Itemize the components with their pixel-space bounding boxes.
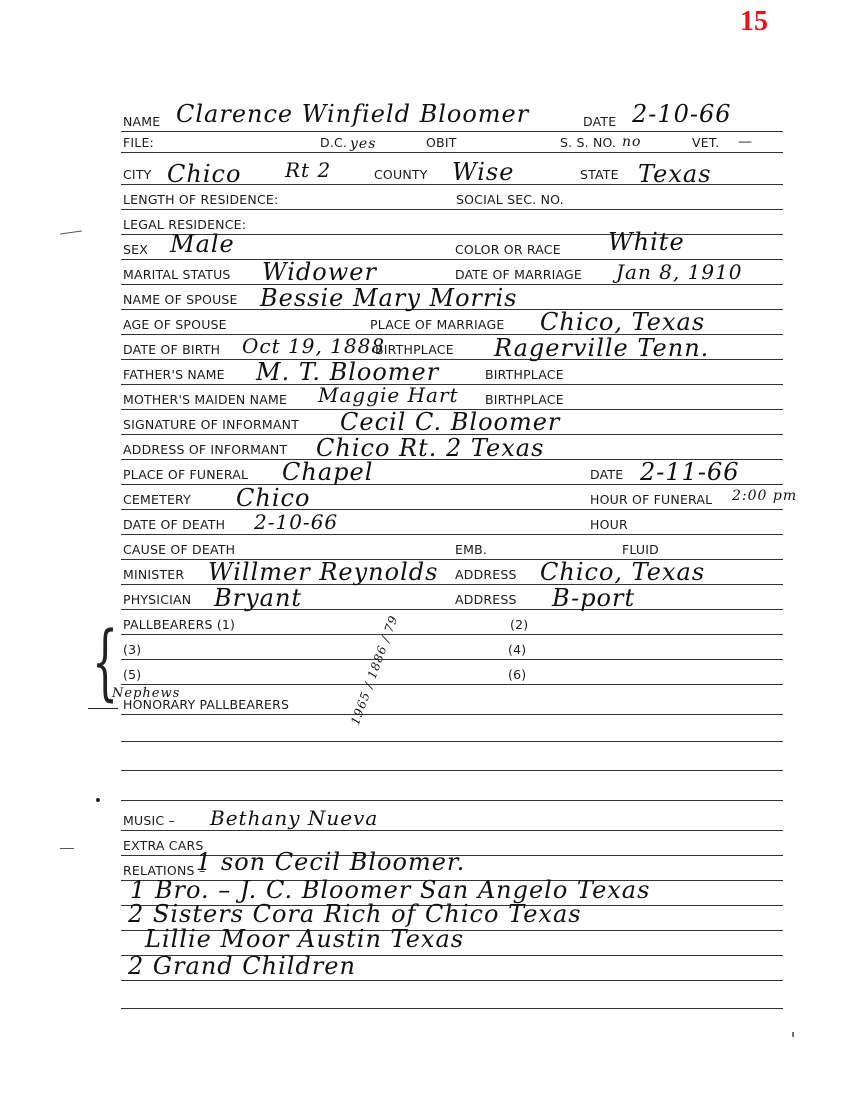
handwritten-value-relations: 1 son Cecil Bloomer.	[196, 848, 465, 876]
field-label-vet: VET.	[692, 135, 719, 150]
funeral-record-form: NAMEClarence Winfield BloomerDATE2-10-66…	[0, 0, 850, 1100]
handwritten-value-date-of-death: 2-10-66	[254, 510, 338, 534]
field-label-pallbearers-1: PALLBEARERS (1)	[123, 617, 235, 632]
handwritten-value-cemetery: Chico	[236, 484, 310, 512]
handwritten-value-music: Bethany Nueva	[210, 806, 378, 830]
field-label-birthplace: BIRTHPLACE	[485, 367, 564, 382]
handwritten-value-address: B-port	[552, 584, 635, 612]
form-line	[121, 770, 783, 771]
field-label-place-of-funeral: PLACE OF FUNERAL	[123, 467, 248, 482]
field-label-4: (4)	[508, 642, 526, 657]
field-label-age-of-spouse: AGE OF SPOUSE	[123, 317, 227, 332]
form-line	[121, 684, 783, 685]
field-label-cemetery: CEMETERY	[123, 492, 191, 507]
margin-dash-mark	[88, 708, 118, 709]
form-line	[121, 800, 783, 801]
field-label-6: (6)	[508, 667, 526, 682]
field-label-fluid: FLUID	[622, 542, 659, 557]
handwritten-value-line-31: 2 Sisters Cora Rich of Chico Texas	[128, 900, 582, 928]
field-label-date-of-marriage: DATE OF MARRIAGE	[455, 267, 582, 282]
handwritten-value-hour-of-funeral: 2:00 pm	[732, 488, 797, 504]
margin-dash-mark	[60, 848, 74, 849]
field-label-state: STATE	[580, 167, 619, 182]
handwritten-value-name: Clarence Winfield Bloomer	[176, 100, 529, 128]
handwritten-value-county: Wise	[452, 158, 514, 186]
field-label-signature-of-informant: SIGNATURE OF INFORMANT	[123, 417, 299, 432]
form-line	[121, 659, 783, 660]
field-label-marital-status: MARITAL STATUS	[123, 267, 231, 282]
handwritten-value-state: Texas	[638, 160, 712, 188]
handwritten-value-address: Chico, Texas	[540, 558, 705, 586]
handwritten-value-d-c: yes	[350, 136, 376, 152]
field-label-emb: EMB.	[455, 542, 487, 557]
handwritten-value-date-of-marriage: Jan 8, 1910	[616, 260, 743, 284]
field-label-birthplace: BIRTHPLACE	[485, 392, 564, 407]
field-label-5: (5)	[123, 667, 141, 682]
handwritten-value-date: 2-11-66	[640, 458, 740, 486]
field-label-color-or-race: COLOR OR RACE	[455, 242, 561, 257]
field-label-hour-of-funeral: HOUR OF FUNERAL	[590, 492, 712, 507]
field-label-name: NAME	[123, 114, 160, 129]
handwritten-value-physician: Bryant	[214, 584, 302, 612]
margin-tick-mark	[792, 1032, 794, 1037]
form-line	[121, 741, 783, 742]
field-label-length-of-residence: LENGTH OF RESIDENCE:	[123, 192, 278, 207]
form-line	[121, 830, 783, 831]
field-label-date: DATE	[590, 467, 623, 482]
field-label-father-s-name: FATHER'S NAME	[123, 367, 225, 382]
form-line	[121, 534, 783, 535]
form-line	[121, 131, 783, 132]
handwritten-value-vet: —	[738, 134, 753, 150]
handwritten-value-birthplace: Ragerville Tenn.	[494, 334, 709, 362]
margin-dot-mark	[96, 798, 100, 802]
handwritten-value-place-of-marriage: Chico, Texas	[540, 308, 705, 336]
field-label-social-sec-no: SOCIAL SEC. NO.	[456, 192, 564, 207]
field-label-d-c: D.C.	[320, 135, 347, 150]
handwritten-value-sex: Male	[170, 230, 235, 258]
field-label-birthplace: BIRTHPLACE	[375, 342, 454, 357]
handwritten-value-color-or-race: White	[608, 228, 685, 256]
field-label-music: MUSIC –	[123, 813, 175, 828]
field-label-name-of-spouse: NAME OF SPOUSE	[123, 292, 238, 307]
field-label-2: (2)	[510, 617, 528, 632]
field-label-physician: PHYSICIAN	[123, 592, 191, 607]
field-label-date: DATE	[583, 114, 616, 129]
field-label-address-of-informant: ADDRESS OF INFORMANT	[123, 442, 287, 457]
margin-note-nephews: Nephews	[112, 686, 180, 701]
field-label-address: ADDRESS	[455, 567, 517, 582]
handwritten-value-s-s-no: no	[622, 134, 641, 150]
field-label-sex: SEX	[123, 242, 148, 257]
handwritten-value-line-2: Rt 2	[285, 158, 331, 182]
handwritten-value-minister: Willmer Reynolds	[208, 558, 438, 586]
handwritten-value-marital-status: Widower	[262, 258, 377, 286]
field-label-hour: HOUR	[590, 517, 628, 532]
form-line	[121, 980, 783, 981]
form-line	[121, 509, 783, 510]
field-label-place-of-marriage: PLACE OF MARRIAGE	[370, 317, 504, 332]
handwritten-value-city: Chico	[167, 160, 241, 188]
field-label-mother-s-maiden-name: MOTHER'S MAIDEN NAME	[123, 392, 287, 407]
form-line	[121, 634, 783, 635]
handwritten-value-date: 2-10-66	[632, 100, 732, 128]
handwritten-value-line-33: 2 Grand Children	[128, 952, 356, 980]
handwritten-value-mother-s-maiden-name: Maggie Hart	[318, 383, 459, 407]
form-line	[121, 209, 783, 210]
field-label-cause-of-death: CAUSE OF DEATH	[123, 542, 235, 557]
field-label-3: (3)	[123, 642, 141, 657]
form-line	[121, 1008, 783, 1009]
handwritten-value-name-of-spouse: Bessie Mary Morris	[260, 284, 517, 312]
handwritten-value-place-of-funeral: Chapel	[282, 458, 373, 486]
field-label-date-of-death: DATE OF DEATH	[123, 517, 225, 532]
field-label-extra-cars: EXTRA CARS	[123, 838, 203, 853]
handwritten-value-father-s-name: M. T. Bloomer	[256, 358, 439, 386]
handwritten-value-signature-of-informant: Cecil C. Bloomer	[340, 408, 560, 436]
field-label-city: CITY	[123, 167, 152, 182]
field-label-s-s-no: S. S. NO.	[560, 135, 616, 150]
field-label-address: ADDRESS	[455, 592, 517, 607]
field-label-file: FILE:	[123, 135, 154, 150]
field-label-county: COUNTY	[374, 167, 428, 182]
handwritten-value-date-of-birth: Oct 19, 1888	[242, 334, 385, 358]
field-label-minister: MINISTER	[123, 567, 184, 582]
field-label-date-of-birth: DATE OF BIRTH	[123, 342, 220, 357]
handwritten-value-line-32: Lillie Moor Austin Texas	[145, 925, 464, 953]
field-label-obit: OBIT	[426, 135, 457, 150]
form-line	[121, 152, 783, 153]
form-line	[121, 714, 783, 715]
